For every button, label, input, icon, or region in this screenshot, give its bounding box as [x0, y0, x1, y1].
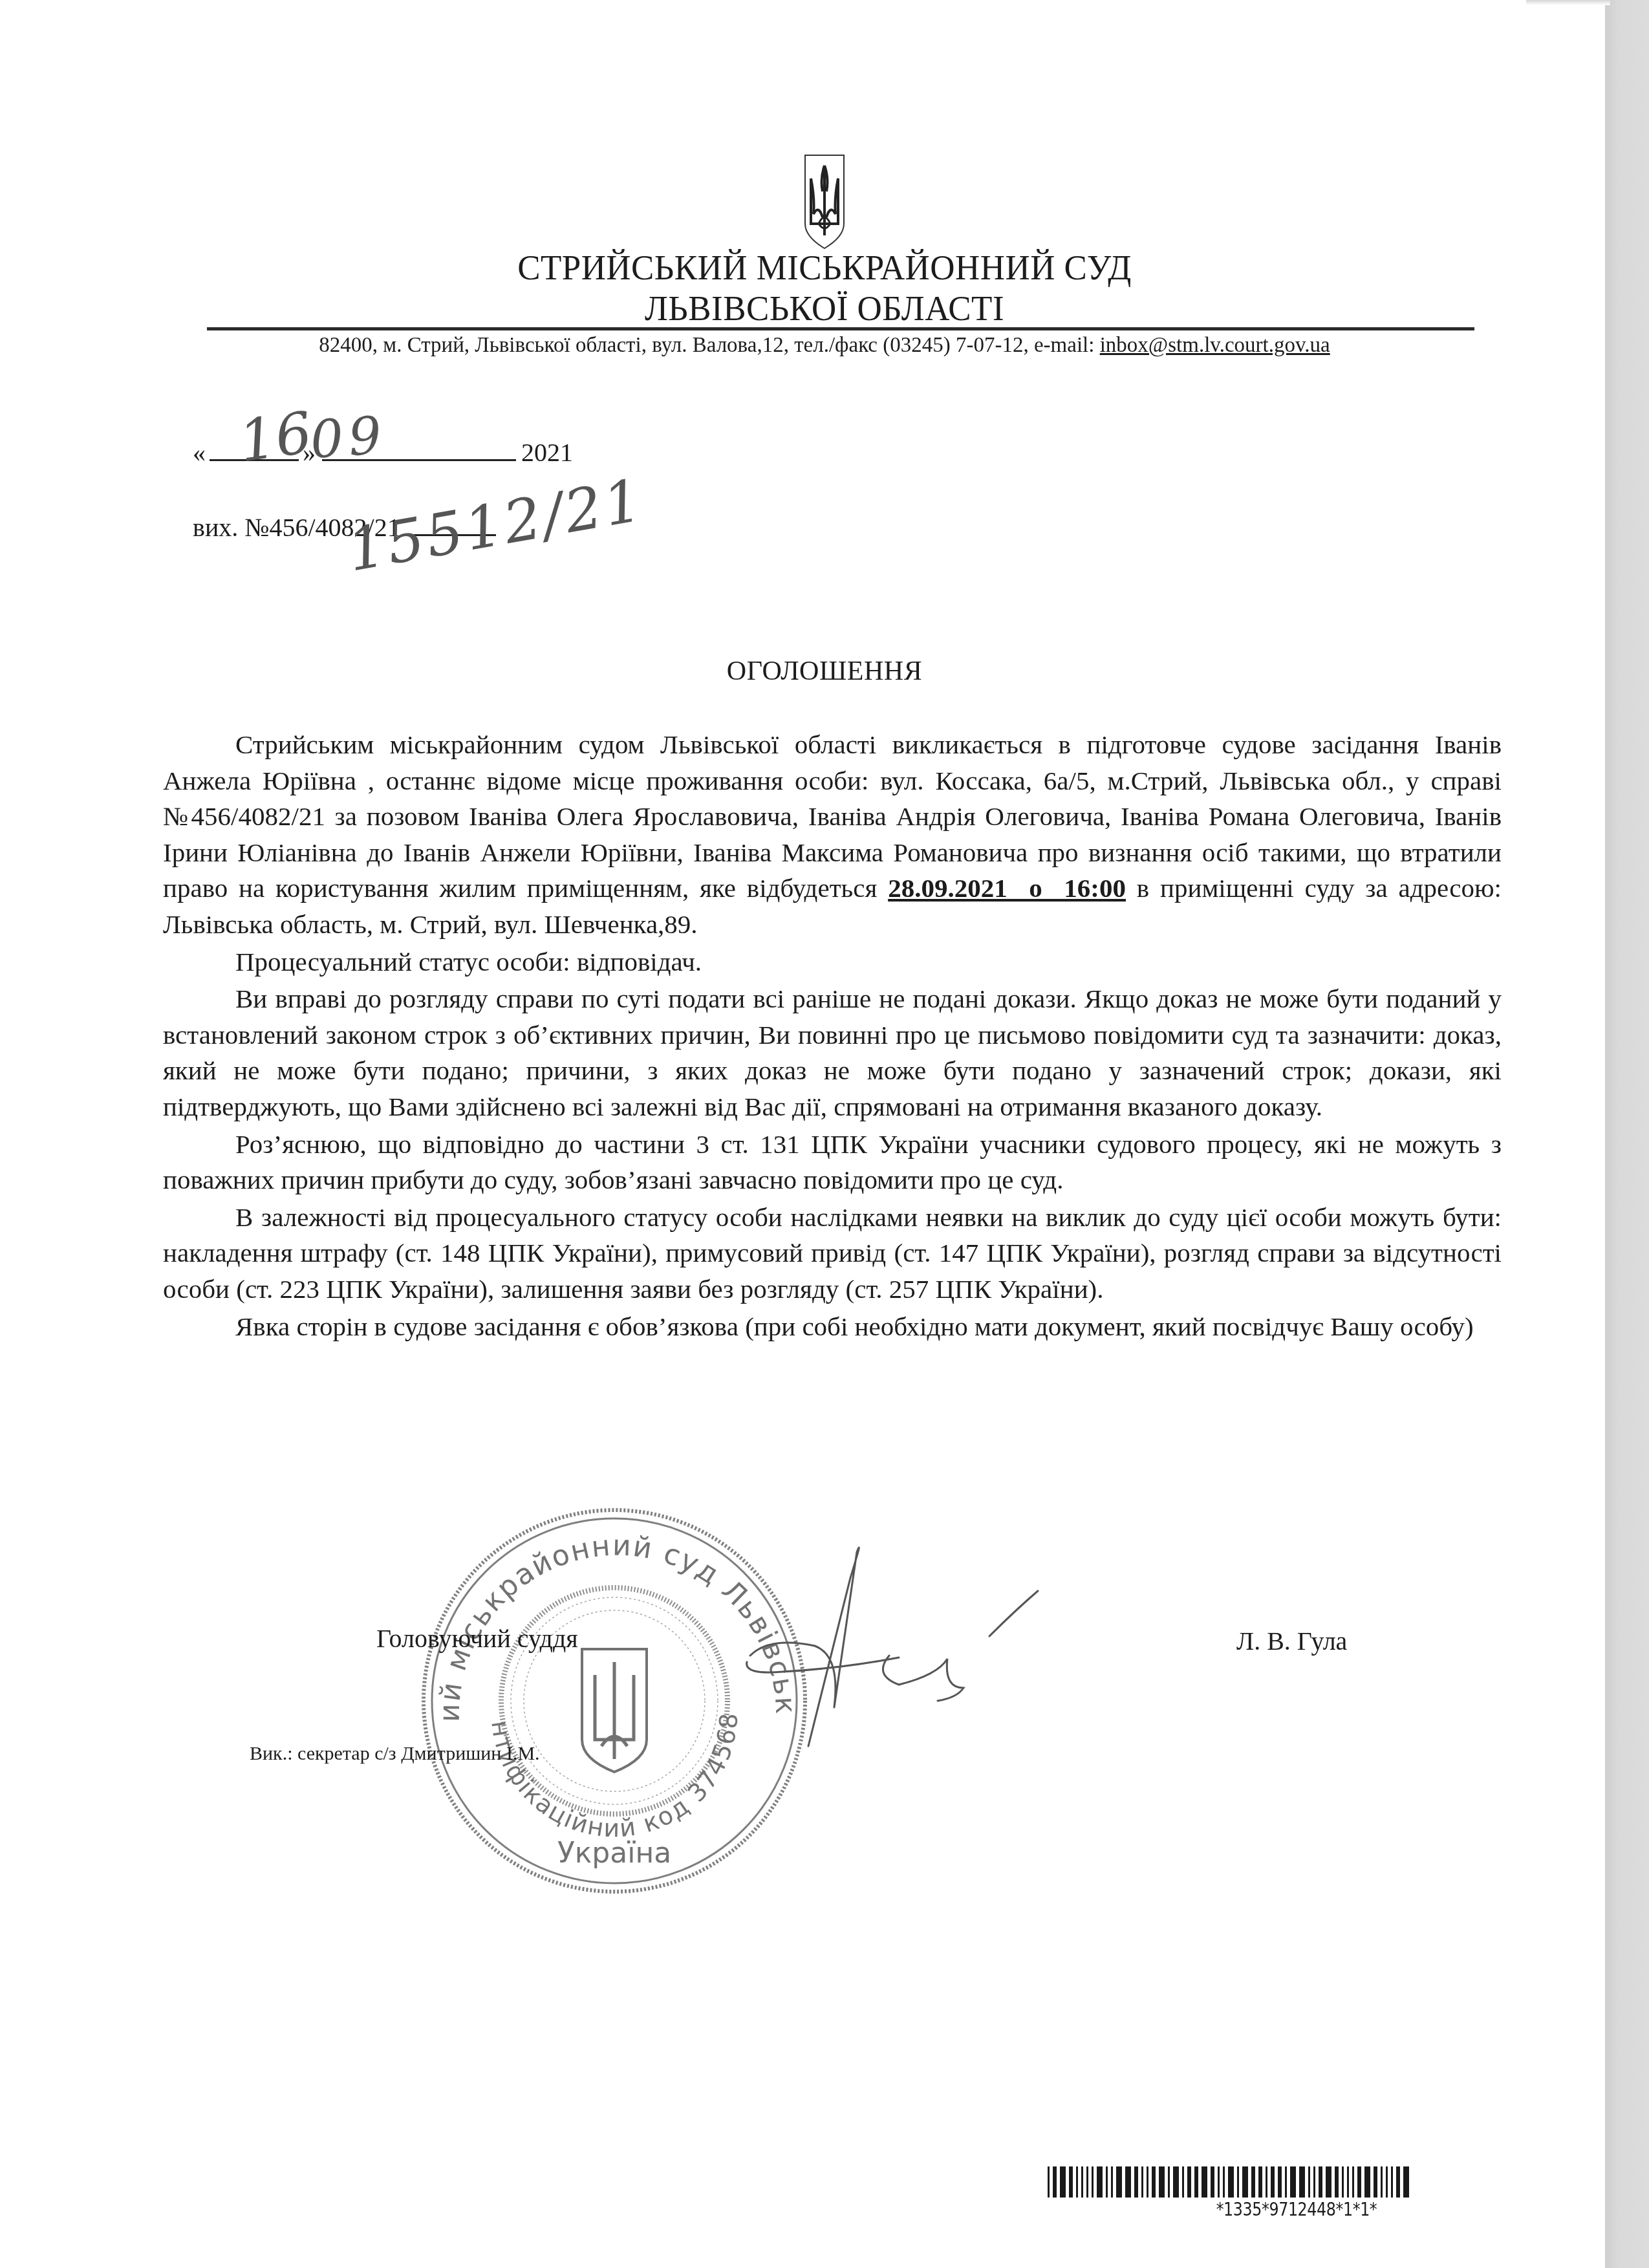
paragraph-consequences: В залежності від процесуального статусу … [163, 1200, 1502, 1308]
open-quote: « [193, 438, 206, 467]
header-divider [207, 327, 1474, 330]
paragraph-attendance: Явка сторін в судове засідання є обов’яз… [163, 1309, 1502, 1345]
announcement-body: Стрийським міськрайонним судом Львівсько… [163, 727, 1502, 1345]
document-title: ОГОЛОШЕННЯ [0, 656, 1649, 687]
document-barcode [1048, 2166, 1539, 2198]
year: 2021 [521, 438, 573, 467]
judge-signature [744, 1539, 1106, 1759]
trident-coat-of-arms-icon [803, 153, 846, 250]
hearing-datetime: 28.09.2021 о 16:00 [888, 873, 1126, 903]
address-text: 82400, м. Стрий, Львівської області, вул… [319, 334, 1099, 357]
stamp-country: Україна [557, 1837, 671, 1870]
paragraph-evidence: Ви вправі до розгляду справи по суті под… [163, 981, 1502, 1125]
court-name-line2: ЛЬВІВСЬКОЇ ОБЛАСТІ [17, 288, 1633, 329]
handwritten-month: 09 [308, 405, 389, 470]
paragraph-status: Процесуальний статус особи: відповідач. [163, 944, 1502, 980]
presiding-judge-label: Головуючий суддя [376, 1623, 578, 1654]
handwritten-ref-number: 15512/21 [342, 466, 649, 585]
email-link[interactable]: inbox@stm.lv.court.gov.ua [1100, 334, 1330, 357]
paragraph-notice: Роз’яснюю, що відповідно до частини 3 ст… [163, 1127, 1502, 1198]
executor-note: Вик.: секретар с/з Дмитришин І.М. [250, 1743, 540, 1765]
handwritten-day: 16 [235, 399, 316, 475]
paragraph-summons: Стрийським міськрайонним судом Львівсько… [163, 727, 1502, 943]
scanner-edge-shadow [1526, 0, 1610, 5]
judge-name: Л. В. Гула [1236, 1626, 1347, 1656]
court-name-line1: СТРИЙСЬКИЙ МІСЬКРАЙОННИЙ СУД [17, 248, 1633, 288]
scanner-margin [1605, 0, 1649, 2268]
court-address: 82400, м. Стрий, Львівської області, вул… [194, 334, 1455, 358]
barcode-number: *1335*9712448*1*1* [1074, 2199, 1520, 2220]
